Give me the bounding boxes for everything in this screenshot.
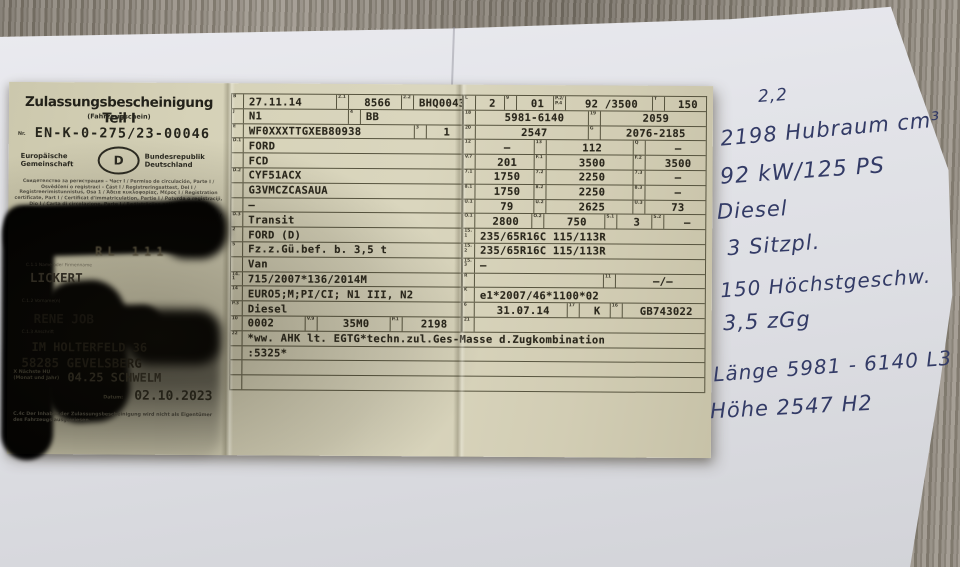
field-code — [231, 153, 244, 167]
field-code: 6 — [462, 303, 475, 317]
field-value: Van — [243, 257, 461, 272]
field-code: 9 — [504, 96, 517, 110]
field-row: 8.117508.222508.3– — [462, 184, 705, 200]
field-code: 22 — [230, 331, 243, 345]
field-code: 14.1 — [230, 272, 243, 286]
field-row: Ke1*2007/46*1100*02 — [462, 288, 705, 304]
field-code: 2.1 — [336, 95, 349, 109]
photo-scene: Zulassungsbescheinigung Teil I (Fahrzeug… — [0, 0, 960, 567]
field-row: D.1FORD — [231, 139, 462, 155]
field-row: 15.3– — [462, 258, 705, 274]
field-code: 15.1 — [462, 229, 475, 243]
field-code: D.3 — [230, 213, 243, 227]
field-code: 2 — [230, 227, 243, 241]
field-code: U.3 — [632, 200, 645, 214]
field-code: 15.3 — [462, 258, 475, 272]
country-label: Bundesrepublik Deutschland — [145, 153, 217, 169]
field-value: 2059 — [601, 111, 706, 125]
document-title: Zulassungsbescheinigung Teil I — [14, 94, 224, 127]
field-value: 8566 — [349, 95, 401, 109]
issue-date-value: 02.10.2023 — [134, 389, 212, 404]
field-value: 3500 — [547, 155, 633, 169]
field-code: V.9 — [305, 317, 318, 331]
owner-name-label: C.1.1 Name oder Firmenname — [26, 263, 92, 268]
field-code: U.2 — [533, 200, 546, 214]
field-value: 112 — [547, 141, 633, 155]
field-code: O.1 — [462, 214, 475, 228]
field-value: 1 — [427, 125, 462, 139]
field-value: 715/2007*136/2014M — [243, 272, 461, 287]
field-value: 235/65R16C 115/113R — [475, 229, 705, 244]
field-value — [242, 361, 704, 378]
field-value: 1750 — [476, 170, 534, 184]
field-code: E — [231, 124, 244, 138]
field-value: 2625 — [546, 200, 632, 214]
field-code: 16 — [610, 304, 623, 318]
field-row: 202547G2076-2185 — [463, 125, 706, 141]
field-row: – — [230, 198, 461, 214]
field-code: 11 — [603, 274, 616, 288]
field-code: P.3 — [230, 301, 243, 315]
field-code: L — [463, 96, 476, 110]
field-value: WF0XXXTTGXEB80938 — [244, 124, 414, 139]
field-value: 1750 — [475, 184, 533, 198]
field-row: EWF0XXXTTGXEB8093831 — [231, 124, 462, 140]
field-row: 15.2235/65R16C 115/113R — [462, 244, 705, 260]
field-code — [229, 346, 242, 360]
field-value: FORD — [244, 139, 462, 154]
field-value: G3VMCZCASAUA — [243, 183, 461, 198]
license-plate-partial: RL 111 — [95, 244, 168, 258]
field-code: R — [462, 273, 475, 287]
field-code — [230, 257, 243, 271]
field-value: 3 — [617, 215, 651, 229]
field-row: G3VMCZCASAUA — [230, 183, 461, 199]
field-value: – — [645, 186, 705, 200]
field-code: D.1 — [231, 139, 244, 153]
field-row: 100002V.935M0P.12198 — [230, 316, 461, 332]
field-code: 8.2 — [533, 185, 546, 199]
field-code — [229, 361, 242, 375]
field-row: 631.07.1417K16GB743022 — [462, 303, 705, 319]
field-value: 2076-2185 — [601, 126, 706, 140]
next-inspection-label: X Nächste HU (Monat und Jahr) — [13, 370, 59, 381]
field-value: 5981-6140 — [476, 111, 588, 125]
field-value: 3500 — [646, 156, 706, 170]
field-row: 21 — [462, 318, 705, 334]
document-subtitle: (Fahrzeugschein) — [14, 112, 224, 121]
document-number: EN-K-0-275/23-00046 — [35, 125, 210, 142]
registration-certificate: Zulassungsbescheinigung Teil I (Fahrzeug… — [7, 82, 713, 458]
field-row: V.7201F.13500F.23500 — [463, 155, 706, 171]
redaction-mark — [158, 199, 228, 259]
field-code: 13 — [534, 140, 547, 154]
field-value: 2547 — [476, 125, 588, 139]
field-code: 8.1 — [462, 184, 475, 198]
field-code: 21 — [462, 318, 475, 332]
field-value: 2800 — [475, 214, 531, 228]
field-value: FORD (D) — [243, 227, 461, 242]
field-row: D.2CYF51ACX — [231, 168, 462, 184]
field-code: 5 — [230, 242, 243, 256]
field-value: GB743022 — [623, 304, 705, 318]
owner-name: LICKERT — [30, 270, 83, 285]
field-value: 31.07.14 — [475, 303, 567, 317]
field-code: V.7 — [463, 155, 476, 169]
field-row: B27.11.142.185662.2BHQ004393 — [231, 94, 462, 110]
field-row: 15.1235/65R16C 115/113R — [462, 229, 705, 245]
field-row: 7.117507.222507.3– — [463, 170, 706, 186]
field-row — [229, 375, 704, 393]
field-value: Diesel — [243, 301, 461, 316]
remarks-rows: 22*ww. AHK lt. EGTG*techn.zul.Ges-Masse … — [229, 331, 705, 393]
field-value: BHQ004393 — [414, 95, 462, 109]
middle-field-column: B27.11.142.185662.2BHQ004393JN14BBEWF0XX… — [230, 93, 463, 332]
field-row: Van — [230, 257, 461, 273]
field-row: 185981-6140192059 — [463, 110, 706, 126]
field-code: 10 — [230, 316, 243, 330]
field-code: 4 — [348, 110, 361, 124]
field-value: 235/65R16C 115/113R — [475, 244, 705, 259]
field-value: –/– — [616, 274, 705, 288]
field-value: 92 /3500 — [566, 96, 652, 110]
field-code — [230, 198, 243, 212]
handwritten-note: 3,5 zGg — [722, 307, 811, 336]
issue-date-label: Datum: — [103, 395, 123, 400]
field-row: 5Fz.z.Gü.bef. b. 3,5 t — [230, 242, 461, 258]
field-value — [475, 318, 705, 333]
field-value: – — [475, 258, 705, 273]
field-value: e1*2007/46*1100*02 — [475, 288, 705, 303]
field-value: *ww. AHK lt. EGTG*techn.zul.Ges-Masse d.… — [243, 331, 705, 348]
field-row: L2901P.2/P.492 /3500T150 — [463, 96, 706, 112]
field-code: G — [588, 126, 601, 140]
field-code: T — [652, 97, 665, 111]
handwritten-note: Diesel — [716, 196, 788, 224]
field-value: – — [646, 171, 706, 185]
field-code: S.2 — [651, 215, 664, 229]
field-value: 73 — [645, 200, 705, 214]
field-code — [230, 183, 243, 197]
field-code: 7.2 — [534, 170, 547, 184]
field-code: U.1 — [462, 199, 475, 213]
field-row: 2FORD (D) — [230, 227, 461, 243]
field-value: EURO5;M;PI/CI; N1 III, N2 — [243, 287, 461, 302]
field-value — [475, 273, 603, 288]
field-row: 12–13112Q– — [463, 140, 706, 156]
field-code: 19 — [588, 111, 601, 125]
field-value: 201 — [476, 155, 534, 169]
field-code: 7.3 — [633, 171, 646, 185]
field-code: D.2 — [231, 168, 244, 182]
owner-firstname: RENE JOB — [34, 311, 94, 326]
owner-firstname-label: C.1.2 Vorname(n) — [22, 299, 61, 304]
eu-community-label: Europäische Gemeinschaft — [21, 152, 93, 168]
field-value: FCD — [244, 153, 462, 168]
field-code: 20 — [463, 125, 476, 139]
field-value: Transit — [243, 213, 461, 228]
field-row: D.3Transit — [230, 213, 461, 229]
nr-label: Nr. — [18, 131, 26, 137]
field-value: 27.11.14 — [244, 94, 336, 108]
field-code: 8.3 — [632, 185, 645, 199]
field-code: 12 — [463, 140, 476, 154]
field-code: J — [231, 109, 244, 123]
field-row: 14EURO5;M;PI/CI; N1 III, N2 — [230, 287, 461, 303]
field-value: CYF51ACX — [244, 168, 462, 183]
field-code: F.2 — [633, 156, 646, 170]
field-value: 2250 — [546, 185, 632, 199]
country-oval-icon: D — [98, 146, 140, 174]
field-value: :5325* — [242, 346, 704, 363]
c4c-disclaimer: C.4c Der Inhaber der Zulassungsbescheini… — [13, 412, 213, 425]
field-row: O.12800O.2750S.13S.2– — [462, 214, 705, 230]
field-value: Fz.z.Gü.bef. b. 3,5 t — [243, 242, 461, 257]
field-code: P.2/P.4 — [553, 96, 566, 110]
field-value: BB — [361, 110, 462, 124]
field-row: P.3Diesel — [230, 301, 461, 317]
field-value: – — [664, 215, 705, 229]
field-code: O.2 — [531, 214, 544, 228]
field-row: FCD — [231, 153, 462, 169]
field-code: P.1 — [390, 317, 403, 331]
field-row: JN14BB — [231, 109, 462, 125]
field-code: 14 — [230, 287, 243, 301]
owner-street: IM HOLTERFELD 36 — [31, 340, 147, 355]
field-row: R11–/– — [462, 273, 705, 289]
field-value — [242, 375, 704, 392]
field-code: F.1 — [534, 155, 547, 169]
field-value: – — [243, 198, 461, 213]
field-code: 15.2 — [462, 244, 475, 258]
field-value: 750 — [544, 215, 604, 229]
field-code: 18 — [463, 110, 476, 124]
field-value: – — [476, 140, 534, 154]
owner-city: 58285 GEVELSBERG — [21, 355, 142, 371]
field-row: 14.1715/2007*136/2014M — [230, 272, 461, 288]
hu-label-line2: (Monat und Jahr) — [13, 375, 59, 381]
field-value: 150 — [665, 97, 706, 111]
field-code: 17 — [567, 303, 580, 317]
eu-header: Europäische Gemeinschaft D Bundesrepubli… — [21, 146, 217, 175]
field-value: 35M0 — [318, 317, 390, 331]
cert-left-panel: Zulassungsbescheinigung Teil I (Fahrzeug… — [7, 82, 229, 455]
field-value: N1 — [244, 109, 348, 123]
field-value: 0002 — [243, 316, 305, 330]
field-code: S.1 — [604, 215, 617, 229]
field-code: 2.2 — [401, 95, 414, 109]
field-code: B — [231, 94, 244, 108]
field-row: U.179U.22625U.373 — [462, 199, 705, 215]
field-value: 01 — [517, 96, 553, 110]
field-code: 3 — [414, 125, 427, 139]
right-field-column: L2901P.2/P.492 /3500T150185981-614019205… — [462, 95, 707, 334]
field-code: 7.1 — [463, 170, 476, 184]
field-value: 2 — [476, 96, 504, 110]
next-inspection-value: 04.25 SCHWELM — [67, 370, 161, 385]
field-value: 79 — [475, 199, 533, 213]
field-code: K — [462, 288, 475, 302]
field-code: Q — [633, 141, 646, 155]
vehicle-data-table: B27.11.142.185662.2BHQ004393JN14BBEWF0XX… — [229, 93, 707, 393]
field-value: K — [580, 303, 610, 317]
field-code — [229, 375, 242, 389]
field-value: 2250 — [547, 170, 633, 184]
handwritten-note: 2,2 — [757, 85, 788, 107]
field-value: 2198 — [403, 317, 461, 331]
field-value: – — [646, 141, 706, 155]
owner-address-label: C.1.3 Anschrift — [22, 330, 54, 335]
